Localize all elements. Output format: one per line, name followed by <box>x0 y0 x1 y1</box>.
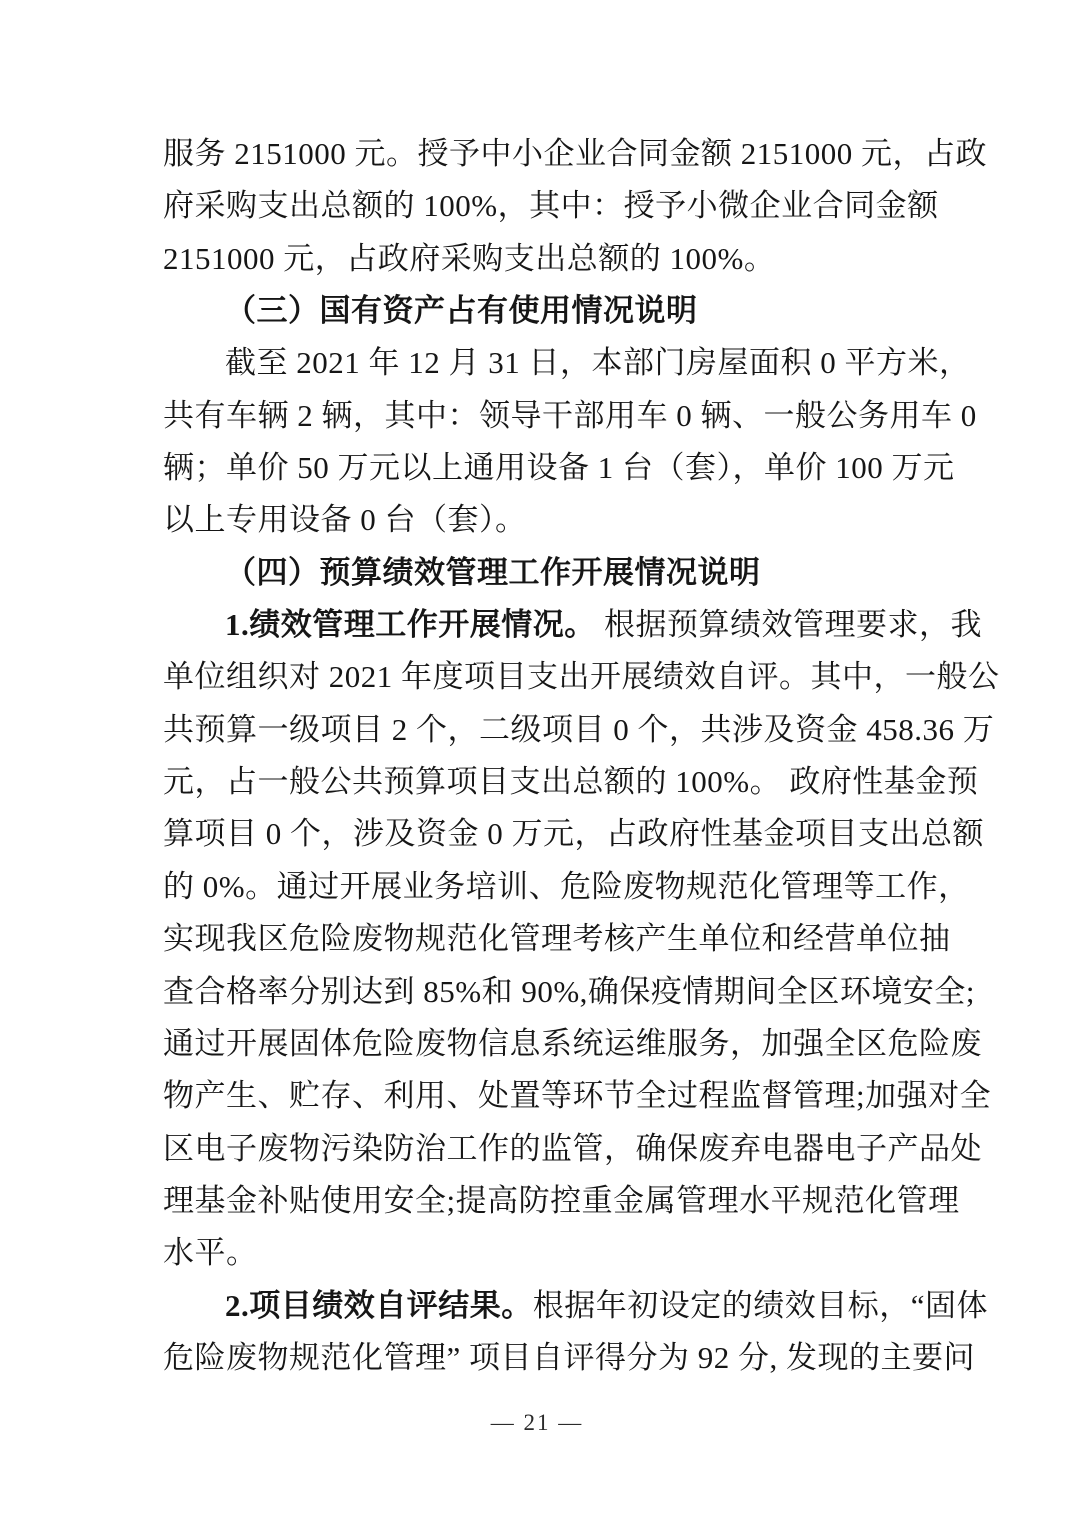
text-segment: 以上专用设备 0 台（套）。 <box>163 502 527 537</box>
text-segment: 截至 2021 年 12 月 31 日，本部门房屋面积 0 平方米， <box>225 345 971 380</box>
section-heading: （三）国有资产占有使用情况说明 <box>163 285 963 337</box>
text-segment: 府采购支出总额的 100%，其中：授予小微企业合同金额 <box>163 188 939 223</box>
text-segment: 根据年初设定的绩效目标，“固体 <box>533 1288 988 1323</box>
text-line: 通过开展固体危险废物信息系统运维服务，加强全区危险废 <box>163 1018 963 1070</box>
text-segment: 元，占一般公共预算项目支出总额的 100%。 政府性基金预 <box>163 764 978 799</box>
text-line: 府采购支出总额的 100%，其中：授予小微企业合同金额 <box>163 180 963 232</box>
text-segment: 的 0%。通过开展业务培训、危险废物规范化管理等工作， <box>163 869 970 904</box>
text-line: 以上专用设备 0 台（套）。 <box>163 494 963 546</box>
text-line: 2.项目绩效自评结果。根据年初设定的绩效目标，“固体 <box>163 1280 963 1332</box>
text-line: 单位组织对 2021 年度项目支出开展绩效自评。其中，一般公 <box>163 651 963 703</box>
text-segment: 2151000 元，占政府采购支出总额的 100%。 <box>163 241 775 276</box>
page-number: — 21 — <box>491 1410 584 1435</box>
text-line: 物产生、贮存、利用、处置等环节全过程监督管理;加强对全 <box>163 1070 963 1122</box>
text-line: 1.绩效管理工作开展情况。 根据预算绩效管理要求，我 <box>163 599 963 651</box>
document-body: 服务 2151000 元。授予中小企业合同金额 2151000 元，占政府采购支… <box>163 128 963 1384</box>
text-line: 辆；单价 50 万元以上通用设备 1 台（套），单价 100 万元 <box>163 442 963 494</box>
text-line: 元，占一般公共预算项目支出总额的 100%。 政府性基金预 <box>163 756 963 808</box>
text-segment: 区电子废物污染防治工作的监管，确保废弃电器电子产品处 <box>163 1131 982 1166</box>
text-segment: 危险废物规范化管理” 项目自评得分为 92 分, 发现的主要问 <box>163 1340 975 1375</box>
text-line: 区电子废物污染防治工作的监管，确保废弃电器电子产品处 <box>163 1123 963 1175</box>
page-footer: — 21 — <box>0 1407 1074 1439</box>
text-line: 查合格率分别达到 85%和 90%,确保疫情期间全区环境安全; <box>163 966 963 1018</box>
text-segment: 单位组织对 2021 年度项目支出开展绩效自评。其中，一般公 <box>163 659 1000 694</box>
text-line: 2151000 元，占政府采购支出总额的 100%。 <box>163 233 963 285</box>
text-line: 理基金补贴使用安全;提高防控重金属管理水平规范化管理 <box>163 1175 963 1227</box>
text-segment: 算项目 0 个，涉及资金 0 万元，占政府性基金项目支出总额 <box>163 816 984 851</box>
text-segment: 辆；单价 50 万元以上通用设备 1 台（套），单价 100 万元 <box>163 450 955 485</box>
document-page: 服务 2151000 元。授予中小企业合同金额 2151000 元，占政府采购支… <box>0 0 1074 1520</box>
text-line: 水平。 <box>163 1227 963 1279</box>
text-line: 危险废物规范化管理” 项目自评得分为 92 分, 发现的主要问 <box>163 1332 963 1384</box>
text-segment: 共有车辆 2 辆，其中：领导干部用车 0 辆、一般公务用车 0 <box>163 398 977 433</box>
text-segment: （四）预算绩效管理工作开展情况说明 <box>225 555 761 590</box>
text-segment: 1.绩效管理工作开展情况。 <box>225 607 596 642</box>
text-segment: 2.项目绩效自评结果。 <box>225 1288 533 1323</box>
text-line: 的 0%。通过开展业务培训、危险废物规范化管理等工作， <box>163 861 963 913</box>
text-segment: 服务 2151000 元。授予中小企业合同金额 2151000 元，占政 <box>163 136 987 171</box>
text-line: 截至 2021 年 12 月 31 日，本部门房屋面积 0 平方米， <box>163 337 963 389</box>
text-segment: （三）国有资产占有使用情况说明 <box>225 293 698 328</box>
text-segment: 实现我区危险废物规范化管理考核产生单位和经营单位抽 <box>163 921 951 956</box>
text-segment: 水平。 <box>163 1235 258 1270</box>
text-segment: 根据预算绩效管理要求，我 <box>596 607 982 642</box>
text-segment: 物产生、贮存、利用、处置等环节全过程监督管理;加强对全 <box>163 1078 991 1113</box>
text-segment: 查合格率分别达到 85%和 90%,确保疫情期间全区环境安全; <box>163 974 975 1009</box>
text-line: 共预算一级项目 2 个，二级项目 0 个，共涉及资金 458.36 万 <box>163 704 963 756</box>
text-segment: 理基金补贴使用安全;提高防控重金属管理水平规范化管理 <box>163 1183 960 1218</box>
text-segment: 共预算一级项目 2 个，二级项目 0 个，共涉及资金 458.36 万 <box>163 712 994 747</box>
text-line: 共有车辆 2 辆，其中：领导干部用车 0 辆、一般公务用车 0 <box>163 390 963 442</box>
text-line: 实现我区危险废物规范化管理考核产生单位和经营单位抽 <box>163 913 963 965</box>
text-line: 算项目 0 个，涉及资金 0 万元，占政府性基金项目支出总额 <box>163 808 963 860</box>
text-line: 服务 2151000 元。授予中小企业合同金额 2151000 元，占政 <box>163 128 963 180</box>
section-heading: （四）预算绩效管理工作开展情况说明 <box>163 547 963 599</box>
text-segment: 通过开展固体危险废物信息系统运维服务，加强全区危险废 <box>163 1026 982 1061</box>
